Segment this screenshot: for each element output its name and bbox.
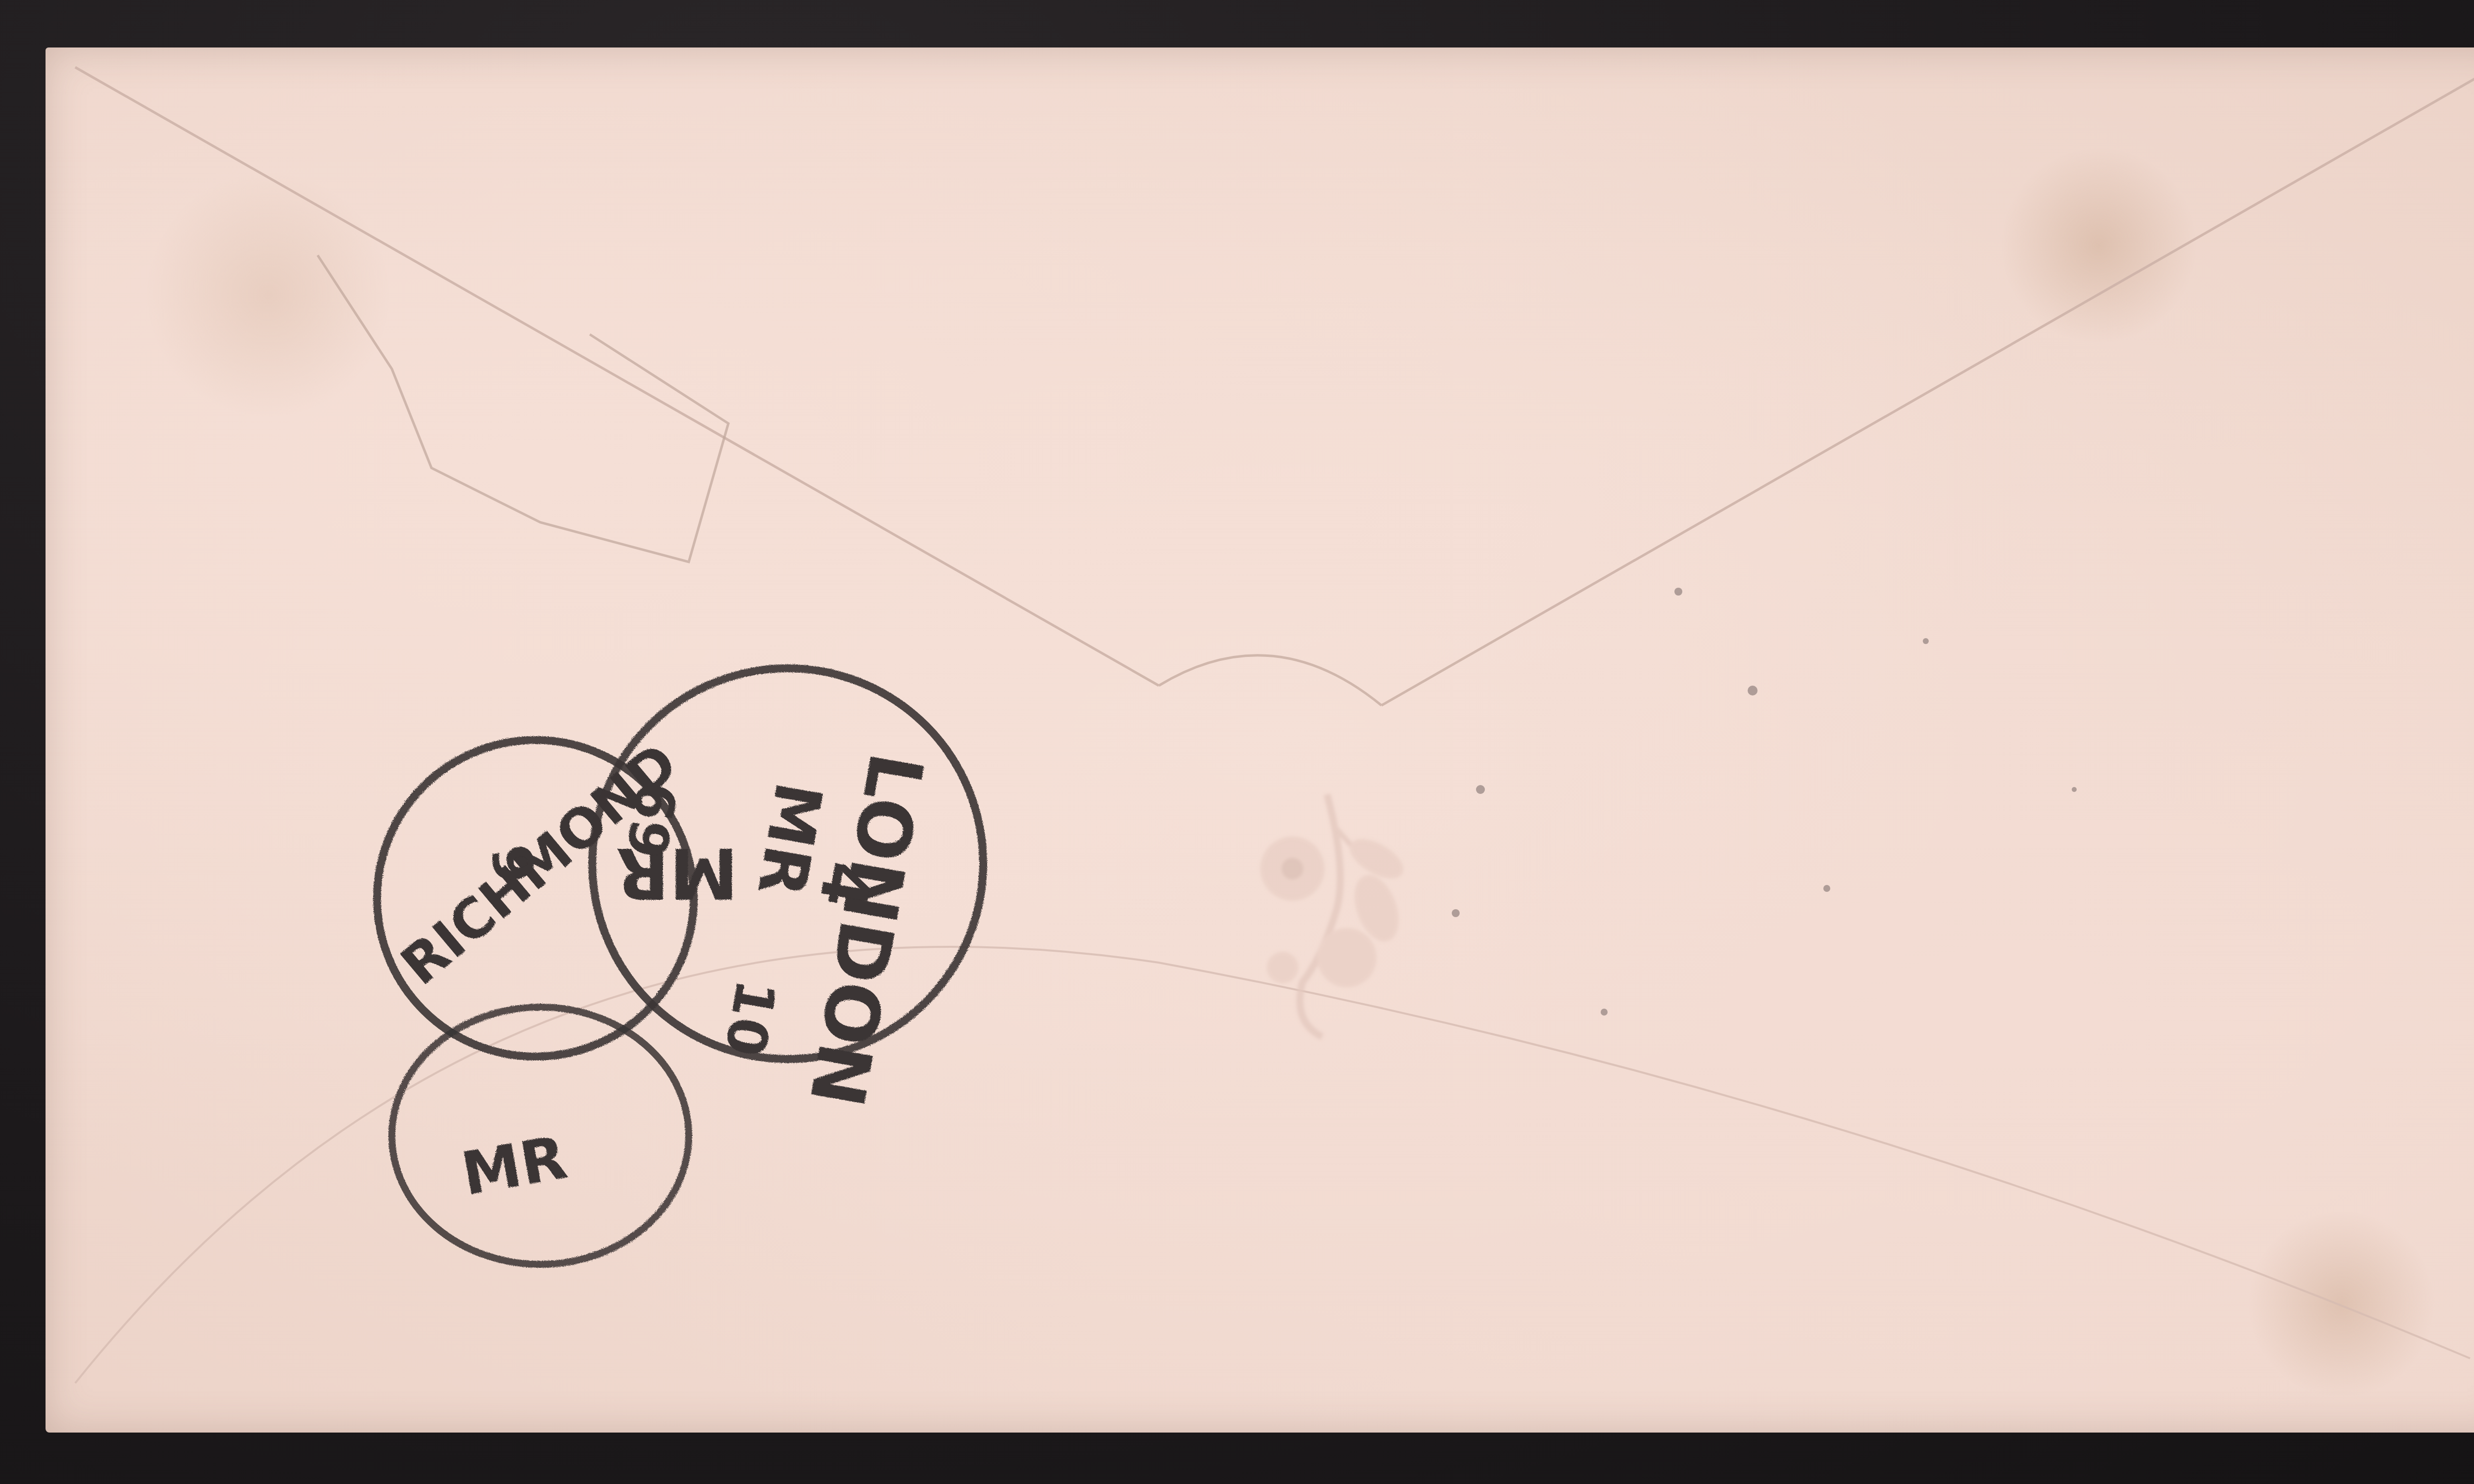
envelope-back: MR RICHMOND 9 LONDON MR 4 MR 69 10 — [46, 47, 2474, 1433]
embossed-floral-seal — [1260, 794, 1410, 1037]
flap-fold-lines — [75, 67, 2474, 705]
svg-text:MR: MR — [457, 1123, 572, 1209]
envelope-artwork: MR RICHMOND 9 LONDON MR 4 MR 69 10 — [46, 47, 2474, 1433]
svg-text:10: 10 — [713, 975, 788, 1061]
bottom-flap-edge — [75, 947, 2470, 1383]
flap-crease — [318, 255, 728, 562]
ink-specks — [1452, 588, 2077, 1016]
svg-text:69: 69 — [614, 777, 689, 863]
